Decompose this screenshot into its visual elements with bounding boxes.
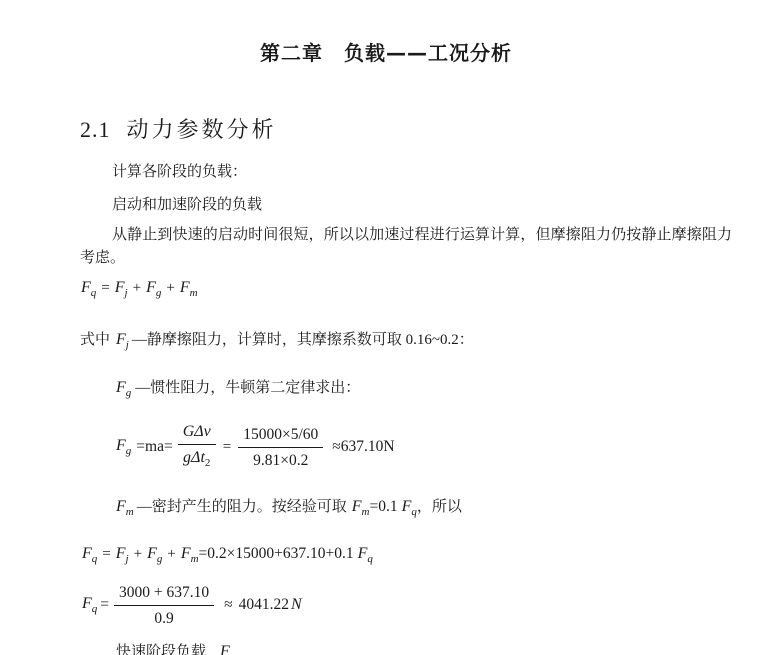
math-lhs: Fg <box>116 437 131 457</box>
def-fm-post: ，所以 <box>417 499 462 515</box>
math-var: F <box>220 643 230 655</box>
section-heading: 2.1动力参数分析 <box>80 116 277 144</box>
math-var: F <box>82 595 92 612</box>
paragraph-static-friction: 从静止到快速的启动时间很短，所以以加速过程进行运算计算，但摩擦阻力仍按静止摩擦阻… <box>80 224 732 269</box>
section-number: 2.1 <box>80 117 111 142</box>
math-var: F <box>115 279 125 296</box>
math-op: + <box>167 546 175 562</box>
math-op: + <box>134 546 142 562</box>
math-var: F <box>352 498 362 515</box>
math-var: F <box>146 279 156 296</box>
math-op: + <box>133 280 141 296</box>
document-page: 第二章 负载——工况分析 2.1动力参数分析 计算各阶段的负载： 启动和加速阶段… <box>0 0 772 655</box>
math-approx: ≈ <box>224 596 233 614</box>
formula-fq-expand: Fq=Fj+Fg+Fm=0.2×15000+637.10+0.1Fq <box>82 545 373 565</box>
formula-fq-sum: Fq=Fj+Fg+Fm <box>81 279 198 299</box>
fraction-numerator: 15000×5/60 <box>238 425 323 448</box>
math-var: F <box>116 331 126 348</box>
math-op: + <box>166 280 174 296</box>
math-sub: q <box>91 287 97 299</box>
math-approx: ≈ <box>332 438 341 456</box>
math-sub: j <box>126 339 129 351</box>
math-sub: q <box>367 553 373 565</box>
math-sub: g <box>157 553 163 565</box>
math-result: 4041.22 <box>239 596 289 614</box>
math-op: =ma= <box>136 438 172 456</box>
fraction-denominator: 0.9 <box>114 606 214 628</box>
fraction-numerator: 3000 + 637.10 <box>114 583 214 606</box>
line-fast-stage: 快速阶段负载F <box>116 641 230 655</box>
math-result: 637.10N <box>341 438 395 456</box>
math-var: F <box>180 279 190 296</box>
math-sub: g <box>126 445 132 457</box>
def-fg-text: —惯性阻力，牛顿第二定律求出： <box>135 380 360 396</box>
math-var: F <box>81 279 91 296</box>
paragraph-calc-loads: 计算各阶段的负载： <box>112 162 247 183</box>
fraction-gdv: GΔv gΔt2 <box>178 422 216 473</box>
math-op: = <box>101 280 109 296</box>
math-value: =0.2×15000+637.10+0.1 <box>199 545 354 562</box>
def-fj-pre: 式中 <box>80 332 110 348</box>
def-fm-text: —密封产生的阻力。按经验可取 <box>137 499 347 515</box>
math-sub: q <box>92 603 98 615</box>
def-fj-text: —静摩擦阻力，计算时，其摩擦系数可取 0.16~0.2： <box>132 332 474 348</box>
fraction-denominator: gΔt2 <box>178 445 216 473</box>
math-sub: m <box>126 506 134 518</box>
math-sub: 2 <box>205 457 211 469</box>
paragraph-start-accel: 启动和加速阶段的负载 <box>112 195 262 216</box>
section-title: 动力参数分析 <box>127 117 277 142</box>
math-unit: N <box>291 596 302 614</box>
fraction-numerator: GΔv <box>178 422 216 445</box>
math-sub: g <box>126 387 132 399</box>
fraction-denominator: 9.81×0.2 <box>238 448 323 470</box>
math-op: = <box>100 596 109 614</box>
math-var: F <box>82 545 92 562</box>
math-sub: m <box>190 287 198 299</box>
math-var: F <box>147 545 157 562</box>
formula-fq-result: Fq = 3000 + 637.10 0.9 ≈ 4041.22 N <box>82 579 302 631</box>
math-sub: m <box>191 553 199 565</box>
math-var: F <box>116 498 126 515</box>
math-op: = <box>223 439 231 456</box>
line-def-fg: Fg—惯性阻力，牛顿第二定律求出： <box>116 377 360 404</box>
math-sub: j <box>126 553 129 565</box>
line-def-fj: 式中Fj—静摩擦阻力，计算时，其摩擦系数可取 0.16~0.2： <box>80 329 474 356</box>
math-value: =0.1 <box>369 498 397 515</box>
math-lhs: Fq <box>82 595 97 615</box>
math-var: F <box>181 545 191 562</box>
math-op: = <box>102 546 110 562</box>
math-sub: q <box>92 553 98 565</box>
math-sub: j <box>125 287 128 299</box>
math-var: F <box>116 437 126 454</box>
math-var: gΔt <box>183 449 205 466</box>
math-sub: g <box>156 287 162 299</box>
line-def-fm: Fm—密封产生的阻力。按经验可取Fm=0.1Fq，所以 <box>116 496 462 523</box>
fraction-numeric: 15000×5/60 9.81×0.2 <box>238 425 323 470</box>
math-var: F <box>116 545 126 562</box>
formula-fg-calc: Fg =ma= GΔv gΔt2 = 15000×5/60 9.81×0.2 ≈… <box>116 421 395 473</box>
fast-stage-text: 快速阶段负载 <box>116 644 206 655</box>
math-var: F <box>116 379 126 396</box>
chapter-title: 第二章 负载——工况分析 <box>0 40 772 66</box>
math-var: F <box>358 545 368 562</box>
math-var: F <box>402 498 412 515</box>
fraction-result: 3000 + 637.10 0.9 <box>114 583 214 628</box>
